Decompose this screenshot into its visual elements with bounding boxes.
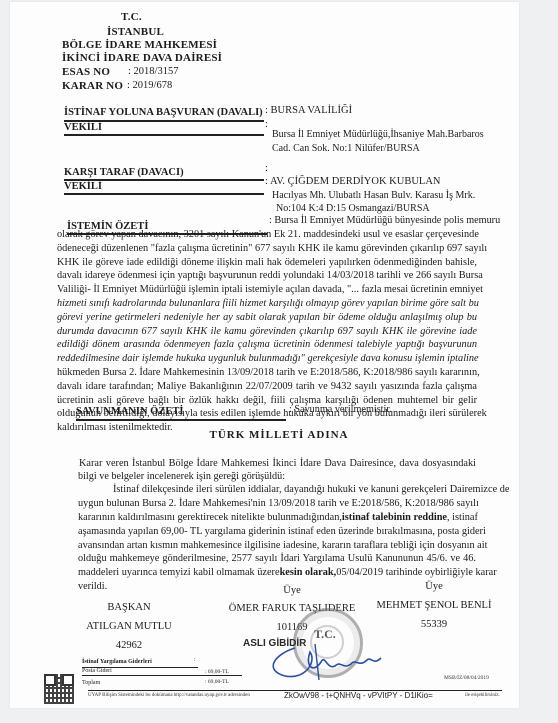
costs-title-colon: :	[194, 657, 196, 663]
decision-title: TÜRK MİLLETİ ADINA	[0, 429, 558, 441]
decision-para2-line5: avansından artan kısmın mahkemesince ilg…	[78, 540, 476, 551]
defense-value: : Savunma verilmemiştir.	[289, 404, 392, 415]
decision-text: , istinaf	[447, 512, 478, 523]
decision-para1-line1: Karar veren İstanbul Bölge İdare Mahkeme…	[79, 458, 476, 469]
verification-code: ZkOwV98 - t+QNHVq - vPVItPY - D1lKio=	[284, 691, 433, 700]
decision-para1-line2: bilgi ve belgeler incelenerek işin gereğ…	[78, 471, 285, 482]
appellant-address-2: Cad. Can Sok. No:1 Nilüfer/BURSA	[272, 143, 420, 154]
signature-number: 55339	[354, 616, 514, 634]
summary-line: davalı idareye ödenmesi için yaptığı baş…	[57, 270, 477, 281]
signature-role: Üye	[212, 582, 372, 599]
summary-line: KHK ile göreve iade edildiği döneme iliş…	[57, 257, 477, 268]
decision-para2-line2: uygun bulunan Bursa 2. İdare Mahkemesi'n…	[78, 498, 476, 509]
respondent-counsel-value: : AV. ÇİĞDEM DERDİYOK KUBULAN	[265, 176, 441, 187]
karar-value: : 2019/678	[127, 80, 172, 91]
handwritten-signature	[255, 640, 395, 682]
appellant-counsel-label: VEKİLİ	[64, 122, 102, 133]
summary-line: edildiği dönem arasında ödenmeyen fazla …	[57, 339, 477, 350]
appellant-counsel-colon: :	[265, 119, 268, 130]
document-ref: MSB/İZ/08/04/2019	[444, 675, 489, 681]
summary-line: hükmeden Bursa 2. İdare Mahkemesinin 13/…	[57, 367, 477, 378]
cost-row-label: Posta Gideri	[82, 668, 112, 674]
decision-final: kesin olarak,	[280, 567, 337, 578]
respondent-address-2: No:104 K:4 D:15 Osmangazi/BURSA	[276, 203, 430, 214]
defense-label: SAVUNMANIN ÖZETİ	[76, 406, 183, 417]
summary-line: davalı idare tarafından; Maliye Bakanlığ…	[57, 381, 477, 392]
summary-line: ücretinin asli göreve bağlı bir özlük ha…	[57, 395, 477, 406]
signature-president: BAŞKAN ATILGAN MUTLU 42962	[49, 584, 209, 655]
summary-first-line: : Bursa İl Emniyet Müdürlüğü bünyesinde …	[269, 215, 500, 226]
appellant-label: İSTİNAF YOLUNA BAŞVURAN (DAVALI)	[64, 107, 263, 118]
costs-title: İstinaf Yargılama Giderleri	[82, 659, 152, 665]
signature-number: 42962	[49, 636, 209, 655]
uyap-text: UYAP Bilişim Sistemindeki bu dokümana ht…	[88, 693, 250, 698]
decision-para2-line1: İstinaf dilekçesinde ileri sürülen iddia…	[113, 484, 476, 495]
underline	[76, 419, 286, 421]
summary-line: hizmeti sınıfı kadrolarında bulunanlara …	[57, 298, 477, 309]
underline	[64, 134, 264, 136]
decision-text: 05/04/2019 tarihinde oybirliğiyle karar	[336, 567, 496, 578]
signature-member-2: Üye MEHMET ŞENOL BENLİ 55339	[354, 578, 514, 634]
signature-role: Üye	[354, 578, 514, 596]
decision-para2-line6: olduğu mahkemeye gönderilmesine, 2577 sa…	[78, 553, 476, 564]
esas-label: ESAS NO	[62, 66, 110, 78]
esas-value: : 2018/3157	[128, 66, 178, 77]
header-court: BÖLGE İDARE MAHKEMESİ	[62, 39, 217, 51]
underline	[82, 675, 242, 676]
qr-code	[44, 674, 74, 704]
header-city: İSTANBUL	[107, 26, 164, 38]
decision-text: maddeleri uyarınca temyizi kabil olmamak…	[78, 567, 280, 578]
header-chamber: İKİNCİ İDARE DAVA DAİRESİ	[62, 52, 222, 64]
decision-para2-line3: kararının kaldırılmasını gerektirecek ni…	[78, 512, 476, 523]
respondent-label: KARŞI TARAF (DAVACI)	[64, 167, 184, 178]
decision-para2-line7: maddeleri uyarınca temyizi kabil olmamak…	[78, 567, 476, 578]
respondent-counsel-label: VEKİLİ	[64, 181, 102, 192]
underline	[64, 193, 264, 195]
decision-text: kararının kaldırılmasını gerektirecek ni…	[78, 512, 342, 523]
cost-row-value: : 69,00-TL	[205, 679, 229, 685]
header-tc: T.C.	[121, 11, 142, 23]
summary-line: reddedilmesine dair işlemde hukuka uygun…	[57, 353, 477, 364]
appellant-address-1: Bursa İl Emniyet Müdürlüğü,İhsaniye Mah.…	[272, 129, 484, 140]
summary-line: Valiliği- İl Emniyet Müdürlüğü işlemin i…	[57, 284, 477, 295]
respondent-address-1: Hacılyas Mh. Ulubatlı Hasan Bulv. Karasu…	[272, 190, 475, 201]
summary-line: olarak görev yapan davacının, 3201 sayıl…	[57, 229, 477, 240]
summary-line: görevi yerine getirmeleri nedeniyle her …	[57, 312, 477, 323]
signature-role: BAŞKAN	[49, 598, 209, 617]
signature-name: ATILGAN MUTLU	[49, 617, 209, 636]
decision-para2-line4: aşamasında yapılan 69,00- TL yargılama g…	[78, 526, 476, 537]
decision-outcome: istinaf talebinin reddine	[342, 512, 447, 523]
appellant-value: : BURSA VALİLİĞİ	[265, 105, 352, 116]
karar-label: KARAR NO	[62, 80, 123, 92]
summary-line: durumda davacının 677 sayılı KHK ile kam…	[57, 326, 477, 337]
uyap-suffix: ile erişebilirsiniz.	[465, 693, 500, 698]
cost-row-label: Toplam	[82, 680, 100, 686]
summary-line: ödeneceği düzenlenen "fazla çalışma ücre…	[57, 243, 477, 254]
respondent-colon: :	[265, 163, 268, 174]
signature-name: MEHMET ŞENOL BENLİ	[354, 596, 514, 616]
